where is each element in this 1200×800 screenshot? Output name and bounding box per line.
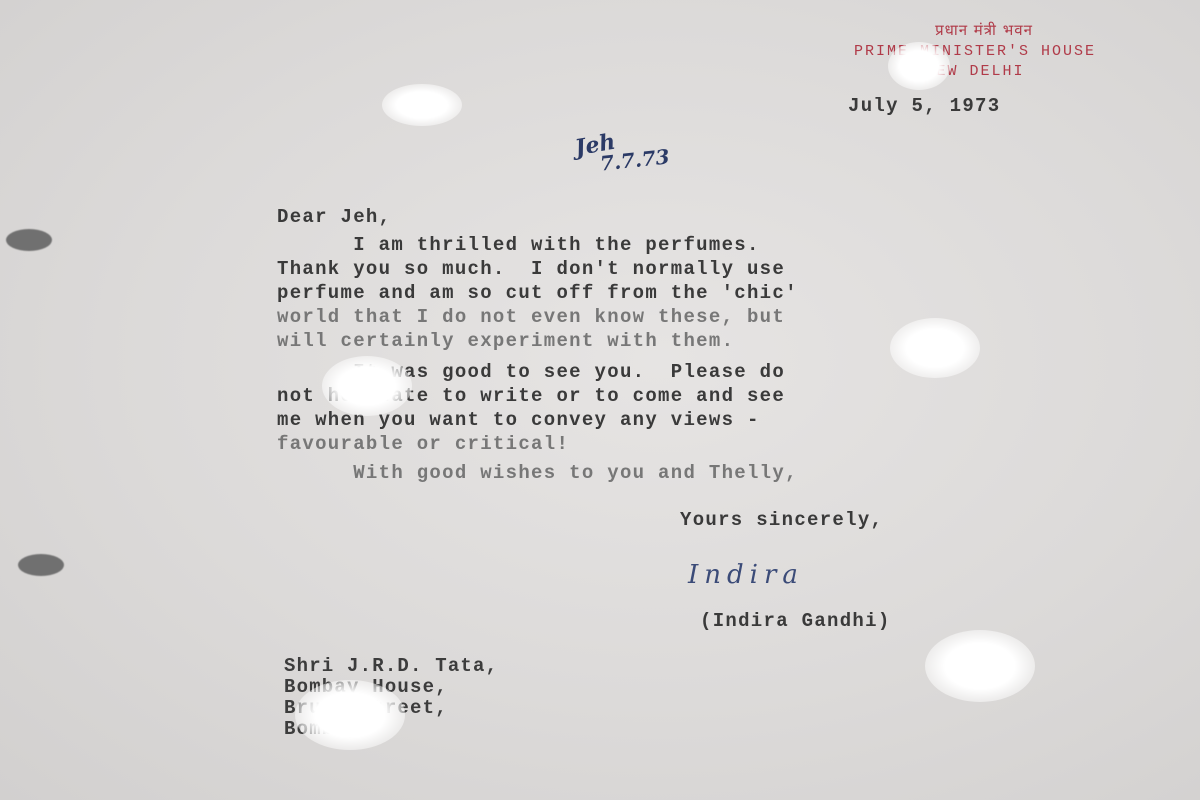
- text-line: Thank you so much. I don't normally use: [277, 257, 798, 281]
- punch-hole-bottom: [18, 554, 64, 576]
- letterhead-city: NEW DELHI: [790, 63, 1160, 80]
- text-line: world that I do not even know these, but: [277, 305, 798, 329]
- salutation: Dear Jeh,: [277, 205, 391, 229]
- glare-spot: [322, 356, 412, 416]
- closing: Yours sincerely,: [680, 508, 883, 532]
- letterhead: प्रधान मंत्री भवन PRIME MINISTER'S HOUSE…: [790, 20, 1160, 80]
- paragraph-1: I am thrilled with the perfumes. Thank y…: [277, 233, 798, 353]
- punch-hole-top: [6, 229, 52, 251]
- address-line: Shri J.R.D. Tata,: [284, 656, 498, 677]
- glare-spot: [888, 42, 950, 90]
- glare-spot: [382, 84, 462, 126]
- glare-spot: [890, 318, 980, 378]
- text-line: favourable or critical!: [277, 432, 798, 456]
- text-line: perfume and am so cut off from the 'chic…: [277, 281, 798, 305]
- letter-date: July 5, 1973: [848, 94, 1000, 118]
- text-line: With good wishes to you and Thelly,: [277, 461, 798, 485]
- typed-name: (Indira Gandhi): [700, 609, 891, 633]
- letter-page: प्रधान मंत्री भवन PRIME MINISTER'S HOUSE…: [0, 0, 1200, 800]
- glare-spot: [925, 630, 1035, 702]
- glare-spot: [295, 680, 405, 750]
- text-line: I am thrilled with the perfumes.: [277, 233, 798, 257]
- letterhead-hindi: प्रधान मंत्री भवन: [808, 20, 1160, 40]
- text-line: will certainly experiment with them.: [277, 329, 798, 353]
- signature: Indira: [688, 560, 804, 590]
- letterhead-title: PRIME MINISTER'S HOUSE: [790, 43, 1160, 60]
